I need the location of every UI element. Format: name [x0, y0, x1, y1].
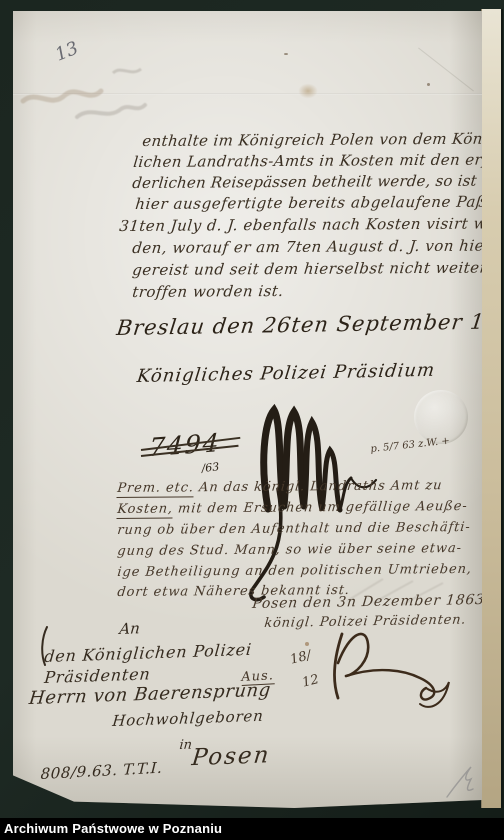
minute-line: gung des Stud. Mann, so wie über seine e… — [117, 542, 463, 558]
address-line: An — [119, 621, 141, 637]
minute-line: rung ob über den Aufenthalt und die Besc… — [117, 521, 472, 537]
report-body-line: gereist und seit dem hierselbst nicht we… — [132, 260, 504, 278]
report-body-line: derlichen Reisepässen betheilt werde, so… — [132, 173, 504, 191]
address-line: Präsidenten — [44, 666, 152, 686]
report-authority: Königliches Polizei Präsidium — [136, 362, 436, 386]
minute-line: ige Betheiligung an den politischen Umtr… — [117, 563, 473, 579]
address-line: den Königlichen Polizei — [44, 642, 253, 665]
report-body-line: troffen worden ist. — [132, 284, 285, 300]
minute-lead: Prem. etc. — [116, 480, 194, 498]
archival-scan-background: 13 enthalte im Königreich Polen von dem … — [0, 0, 504, 818]
minute-line-text: mit dem Ersuchen um gefällige Aeuße- — [177, 499, 468, 517]
report-body-line: hier ausgefertigte bereits abgelaufene P… — [135, 194, 504, 212]
ink-speck — [284, 53, 288, 55]
address-line: Hochwohlgeboren — [112, 709, 265, 729]
minute-place: Kosten, — [116, 502, 173, 520]
archive-name: Archiwum Państwowe w Poznaniu — [4, 821, 222, 836]
bleedthrough-mark — [17, 51, 177, 141]
report-body-line: enthalte im Königreich Polen von dem Kön… — [142, 131, 504, 149]
report-body-line: lichen Landraths-Amts in Kosten mit den … — [133, 152, 504, 170]
paper-stain — [295, 81, 321, 101]
report-body-line: 31ten July d. J. ebenfalls nach Kosten v… — [119, 216, 504, 234]
archive-caption-bar: Archiwum Państwowe w Poznaniu — [0, 818, 504, 840]
report-body-line: den, worauf er am 7ten August d. J. von … — [132, 238, 504, 256]
date-received-bottom: 12 — [301, 673, 320, 690]
minute-line: Prem. etc. An das königl. Landraths Amt … — [117, 479, 443, 495]
ink-speck — [427, 83, 430, 86]
minute-dateline: Posen den 3n Dezember 1863. — [252, 593, 491, 611]
report-dateline: Breslau den 26ten September 1862 — [115, 311, 504, 339]
shelfmark: 808/9.63. T.T.I. — [40, 761, 163, 782]
minute-line-text: An das königl. Landraths Amt zu — [198, 478, 443, 495]
address-line: in — [179, 739, 193, 752]
minute-line: Kosten, mit dem Ersuchen um gefällige Ae… — [117, 500, 468, 516]
address-line: Posen — [191, 744, 272, 770]
document-page: 13 enthalte im Königreich Polen von dem … — [13, 11, 482, 808]
pencil-mark — [441, 759, 481, 804]
adjacent-page-edge — [481, 9, 503, 808]
signature-paraph — [308, 618, 458, 718]
